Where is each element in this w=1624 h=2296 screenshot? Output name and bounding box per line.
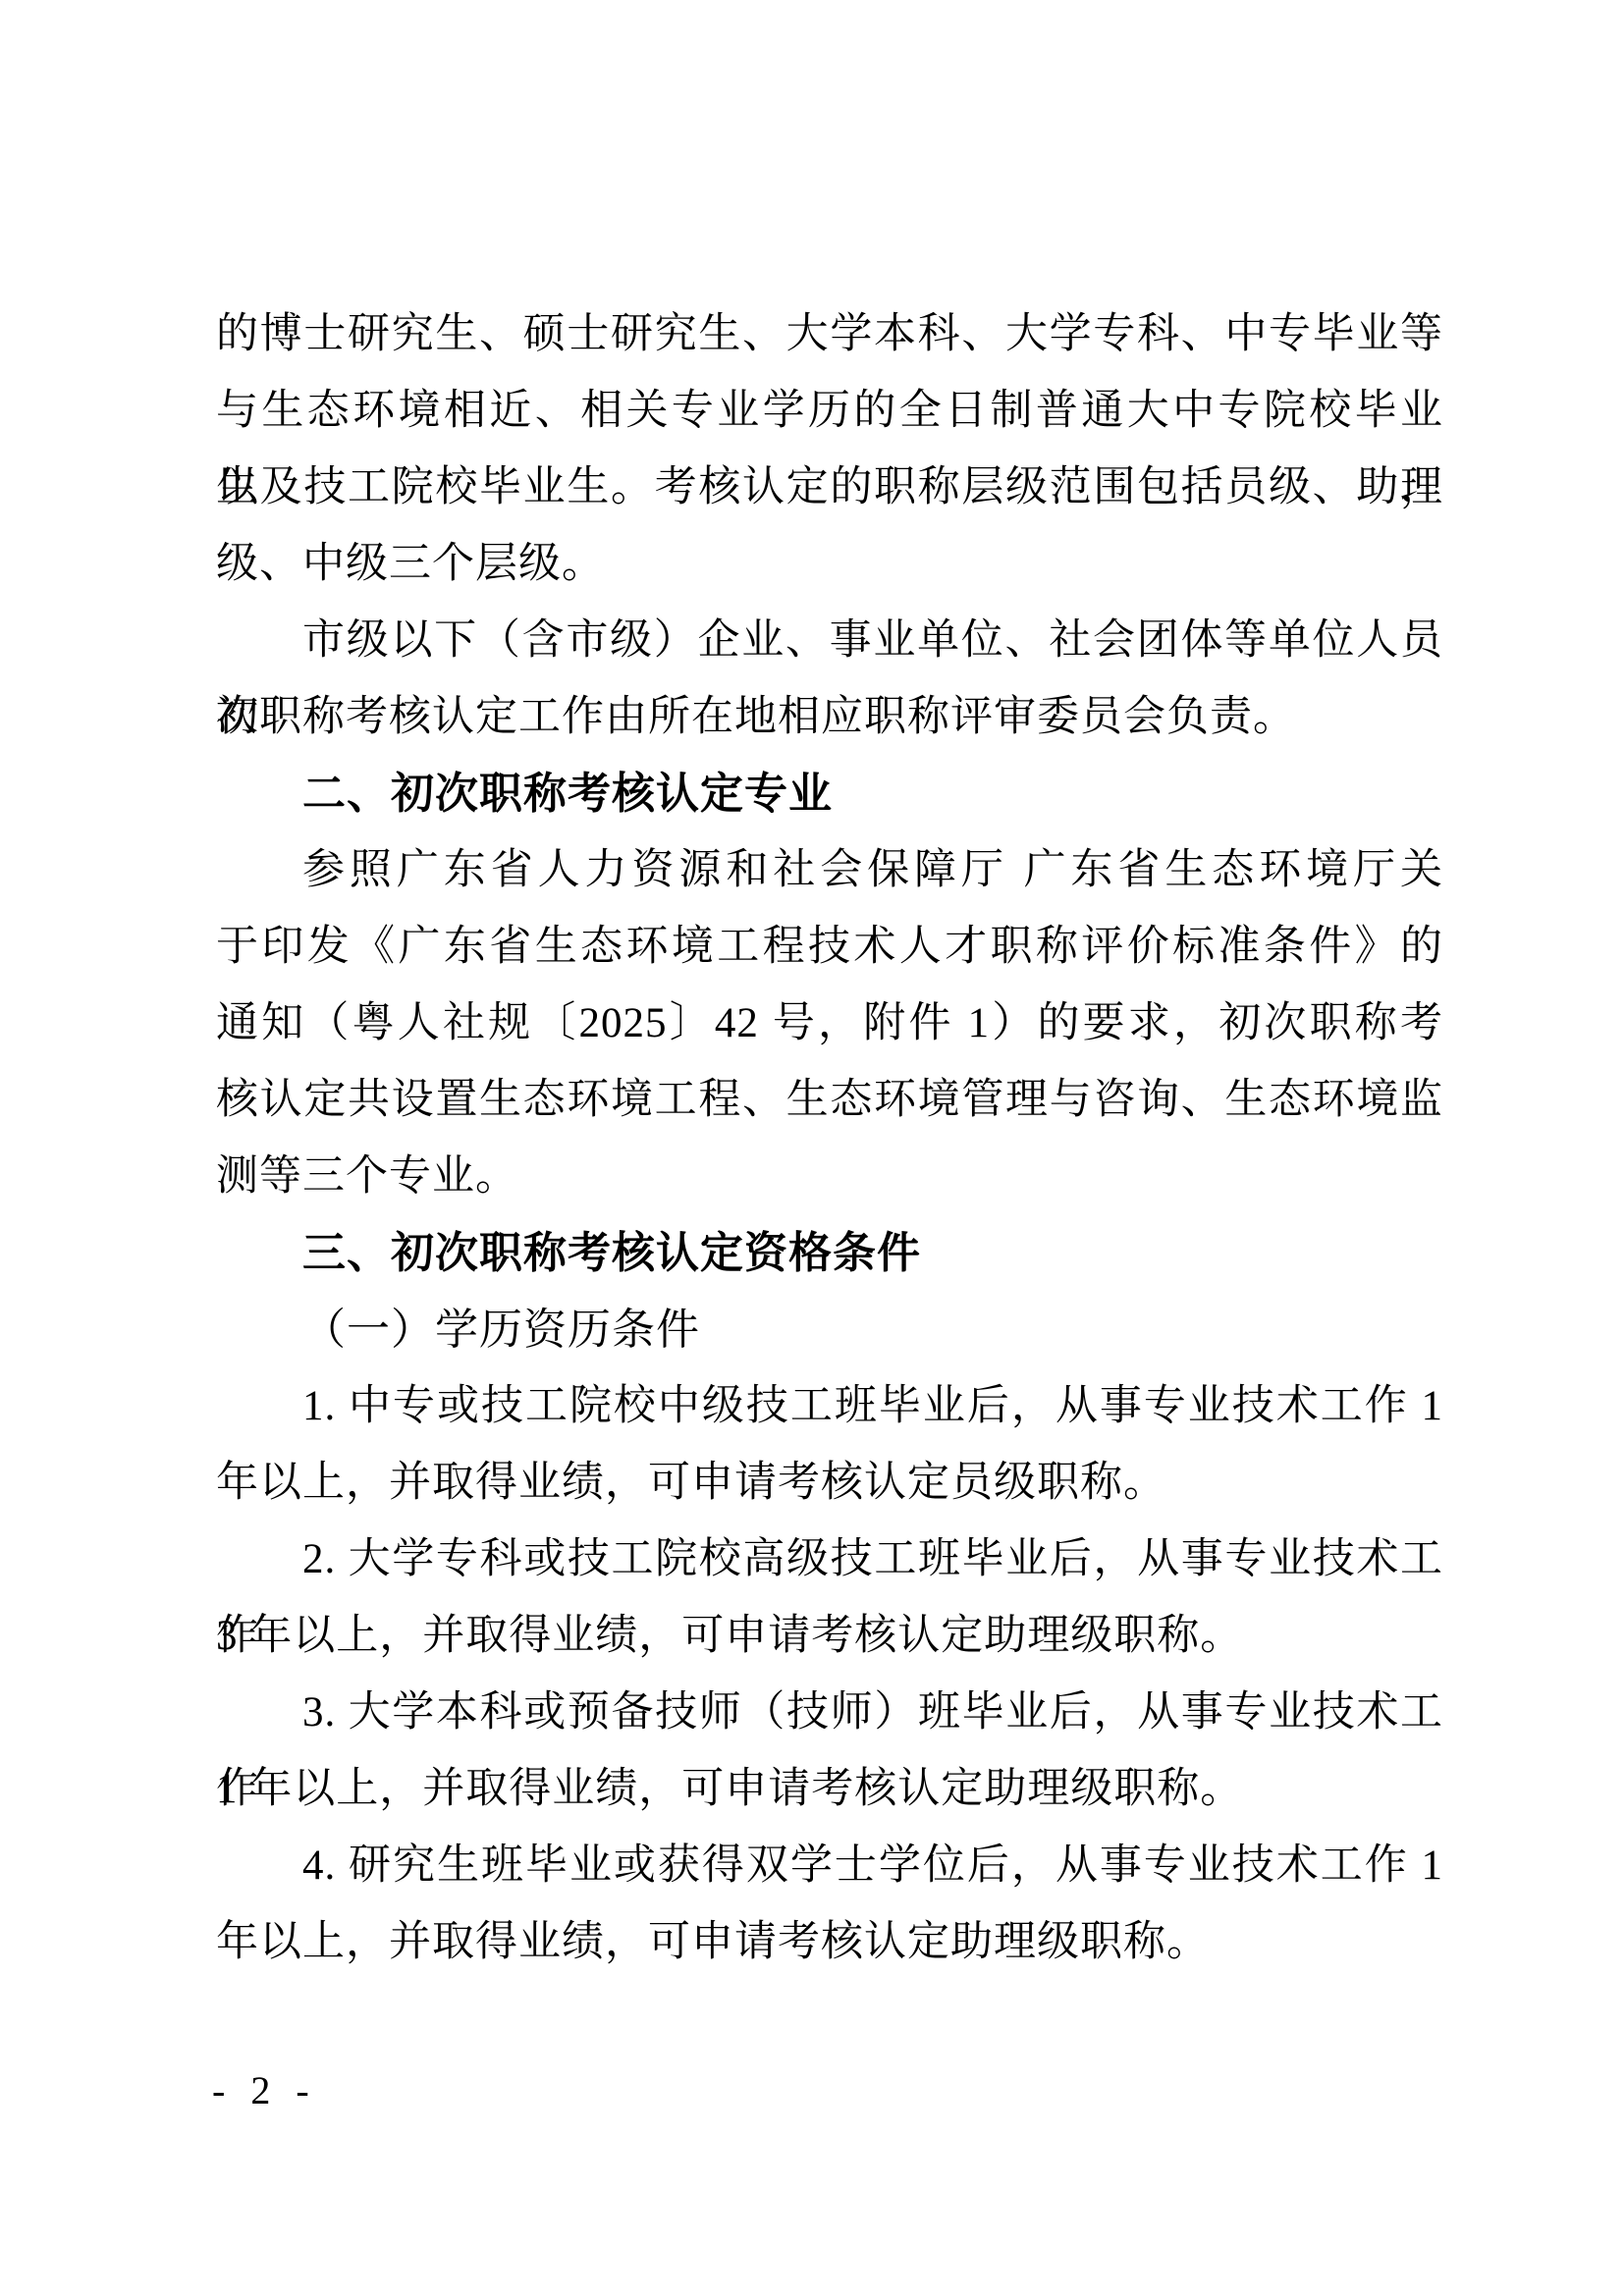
text-line: 次职称考核认定工作由所在地相应职称评审委员会负责。 [216, 679, 1443, 756]
text-line: 2. 大学专科或技工院校高级技工班毕业后，从事专业技术工作 [216, 1522, 1443, 1598]
text-line: 与生态环境相近、相关专业学历的全日制普通大中专院校毕业生， [216, 373, 1443, 450]
text-line: 3. 大学本科或预备技师（技师）班毕业后，从事专业技术工作 [216, 1675, 1443, 1751]
section-heading: 二、初次职称考核认定专业 [216, 756, 1443, 832]
text-line: 级、中级三个层级。 [216, 526, 1443, 603]
document-body: 的博士研究生、硕士研究生、大学本科、大学专科、中专毕业等与生态环境相近、相关专业… [216, 296, 1443, 1981]
text-line: 市级以下（含市级）企业、事业单位、社会团体等单位人员初 [216, 603, 1443, 679]
text-line: 4. 研究生班毕业或获得双学士学位后，从事专业技术工作 1 [216, 1828, 1443, 1904]
text-line: 1 年以上，并取得业绩，可申请考核认定助理级职称。 [216, 1751, 1443, 1828]
text-line: 的博士研究生、硕士研究生、大学本科、大学专科、中专毕业等 [216, 296, 1443, 373]
text-line: 年以上，并取得业绩，可申请考核认定助理级职称。 [216, 1904, 1443, 1981]
sub-heading: （一）学历资历条件 [216, 1292, 1443, 1368]
text-line: 以及技工院校毕业生。考核认定的职称层级范围包括员级、助理 [216, 450, 1443, 526]
text-line: 3 年以上，并取得业绩，可申请考核认定助理级职称。 [216, 1598, 1443, 1675]
text-line: 测等三个专业。 [216, 1139, 1443, 1215]
text-line: 年以上，并取得业绩，可申请考核认定员级职称。 [216, 1445, 1443, 1522]
text-line: 参照广东省人力资源和社会保障厅 广东省生态环境厅关 [216, 832, 1443, 909]
document-page: 的博士研究生、硕士研究生、大学本科、大学专科、中专毕业等与生态环境相近、相关专业… [0, 0, 1624, 2296]
text-line: 于印发《广东省生态环境工程技术人才职称评价标准条件》的 [216, 909, 1443, 986]
text-line: 通知（粤人社规〔2025〕42 号，附件 1）的要求，初次职称考 [216, 986, 1443, 1062]
section-heading: 三、初次职称考核认定资格条件 [216, 1215, 1443, 1292]
text-line: 核认定共设置生态环境工程、生态环境管理与咨询、生态环境监 [216, 1062, 1443, 1139]
page-number: - 2 - [212, 2067, 317, 2113]
text-line: 1. 中专或技工院校中级技工班毕业后，从事专业技术工作 1 [216, 1368, 1443, 1445]
